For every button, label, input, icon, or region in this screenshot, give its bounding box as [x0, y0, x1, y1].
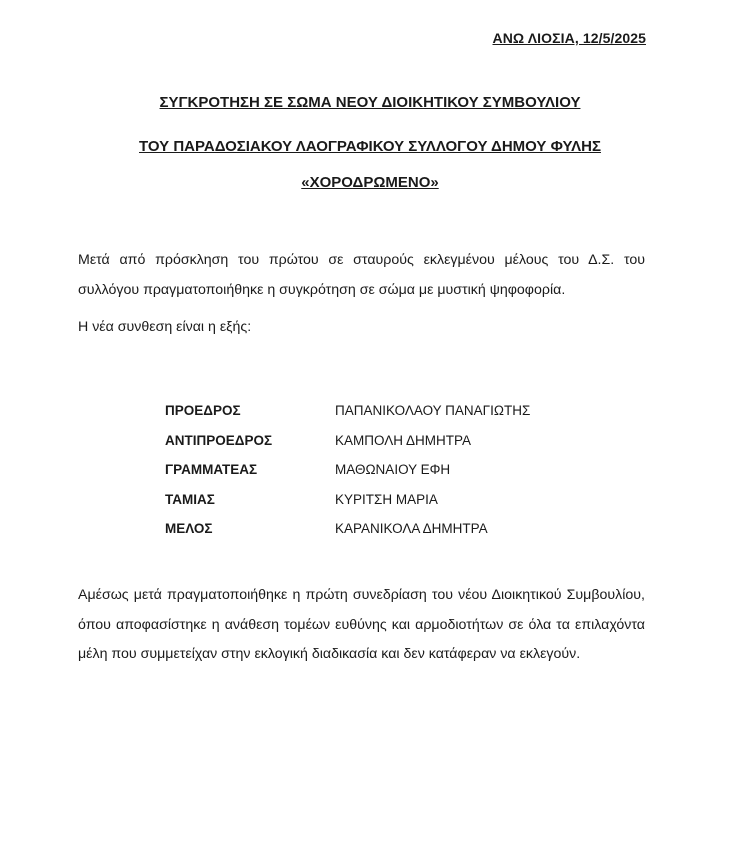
title-line-1: ΣΥΓΚΡΟΤΗΣΗ ΣΕ ΣΩΜΑ ΝΕΟΥ ΔΙΟΙΚΗΤΙΚΟΥ ΣΥΜΒ… [0, 94, 740, 111]
board-row: ΜΕΛΟΣ ΚΑΡΑΝΙΚΟΛΑ ΔΗΜΗΤΡΑ [165, 514, 585, 544]
board-row: ΑΝΤΙΠΡΟΕΔΡΟΣ ΚΑΜΠΟΛΗ ΔΗΜΗΤΡΑ [165, 426, 585, 456]
date-line: ΑΝΩ ΛΙΟΣΙΑ, 12/5/2025 [493, 30, 647, 46]
board-role: ΜΕΛΟΣ [165, 521, 335, 536]
board-role: ΓΡΑΜΜΑΤΕΑΣ [165, 462, 335, 477]
board-member-name: ΚΑΡΑΝΙΚΟΛΑ ΔΗΜΗΤΡΑ [335, 521, 585, 536]
title-line-2: ΤΟΥ ΠΑΡΑΔΟΣΙΑΚΟΥ ΛΑΟΓΡΑΦΙΚΟΥ ΣΥΛΛΟΓΟΥ ΔΗ… [0, 138, 740, 155]
board-row: ΠΡΟΕΔΡΟΣ ΠΑΠΑΝΙΚΟΛΑΟΥ ΠΑΝΑΓΙΩΤΗΣ [165, 396, 585, 426]
board-role: ΑΝΤΙΠΡΟΕΔΡΟΣ [165, 433, 335, 448]
board-member-name: ΚΑΜΠΟΛΗ ΔΗΜΗΤΡΑ [335, 433, 585, 448]
board-member-name: ΚΥΡΙΤΣΗ ΜΑΡΙΑ [335, 492, 585, 507]
closing-paragraph: Αμέσως μετά πραγματοποιήθηκε η πρώτη συν… [78, 581, 645, 670]
board-row: ΤΑΜΙΑΣ ΚΥΡΙΤΣΗ ΜΑΡΙΑ [165, 485, 585, 515]
board-role: ΤΑΜΙΑΣ [165, 492, 335, 507]
intro-paragraph: Μετά από πρόσκληση του πρώτου σε σταυρού… [78, 246, 645, 305]
document-page: ΑΝΩ ΛΙΟΣΙΑ, 12/5/2025 ΣΥΓΚΡΟΤΗΣΗ ΣΕ ΣΩΜΑ… [0, 0, 740, 848]
board-row: ΓΡΑΜΜΑΤΕΑΣ ΜΑΘΩΝΑΙΟΥ ΕΦΗ [165, 455, 585, 485]
board-members-list: ΠΡΟΕΔΡΟΣ ΠΑΠΑΝΙΚΟΛΑΟΥ ΠΑΝΑΓΙΩΤΗΣ ΑΝΤΙΠΡΟ… [165, 396, 585, 544]
board-member-name: ΠΑΠΑΝΙΚΟΛΑΟΥ ΠΑΝΑΓΙΩΤΗΣ [335, 403, 585, 418]
title-line-3: «ΧΟΡΟΔΡΩΜΕΝΟ» [0, 174, 740, 191]
board-role: ΠΡΟΕΔΡΟΣ [165, 403, 335, 418]
composition-label: Η νέα συνθεση είναι η εξής: [78, 313, 645, 343]
board-member-name: ΜΑΘΩΝΑΙΟΥ ΕΦΗ [335, 462, 585, 477]
